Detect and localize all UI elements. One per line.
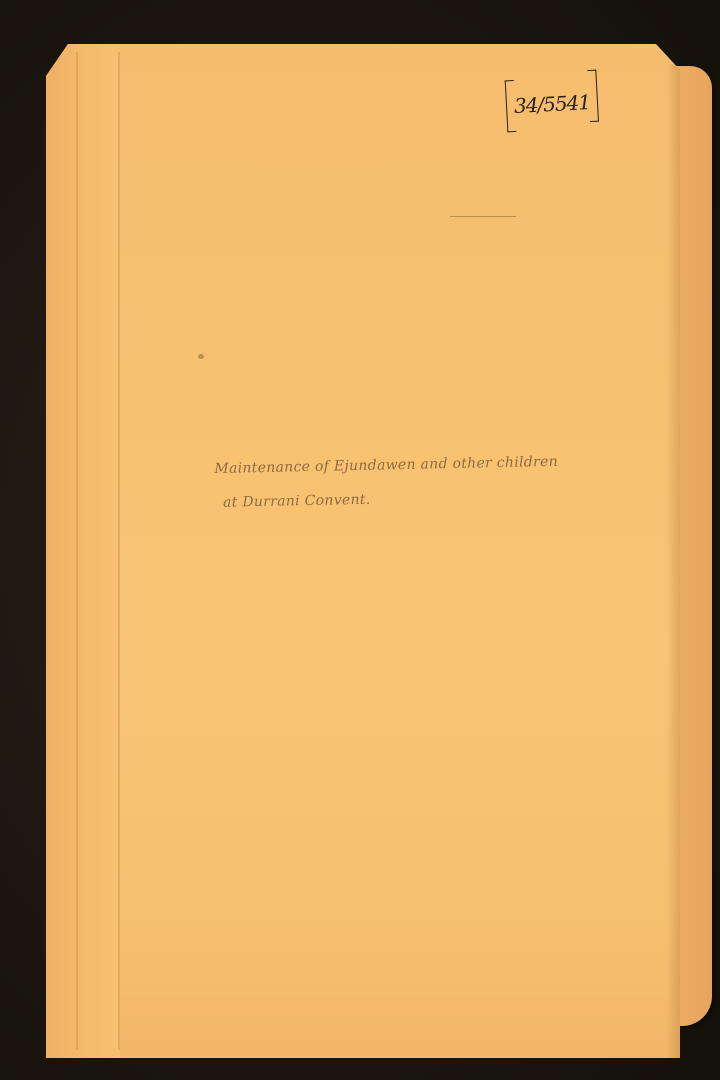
edge-shadow bbox=[666, 64, 680, 1058]
fold-line bbox=[76, 52, 78, 1050]
file-reference-number: 34/5541 bbox=[505, 76, 600, 133]
folder-spine bbox=[46, 44, 120, 1058]
faint-pencil-mark bbox=[450, 216, 516, 217]
fold-line bbox=[118, 52, 120, 1050]
handwritten-title: Maintenance of Ejundawen and other child… bbox=[214, 444, 595, 520]
folder-cover bbox=[46, 44, 680, 1058]
paper-speck bbox=[198, 354, 204, 359]
